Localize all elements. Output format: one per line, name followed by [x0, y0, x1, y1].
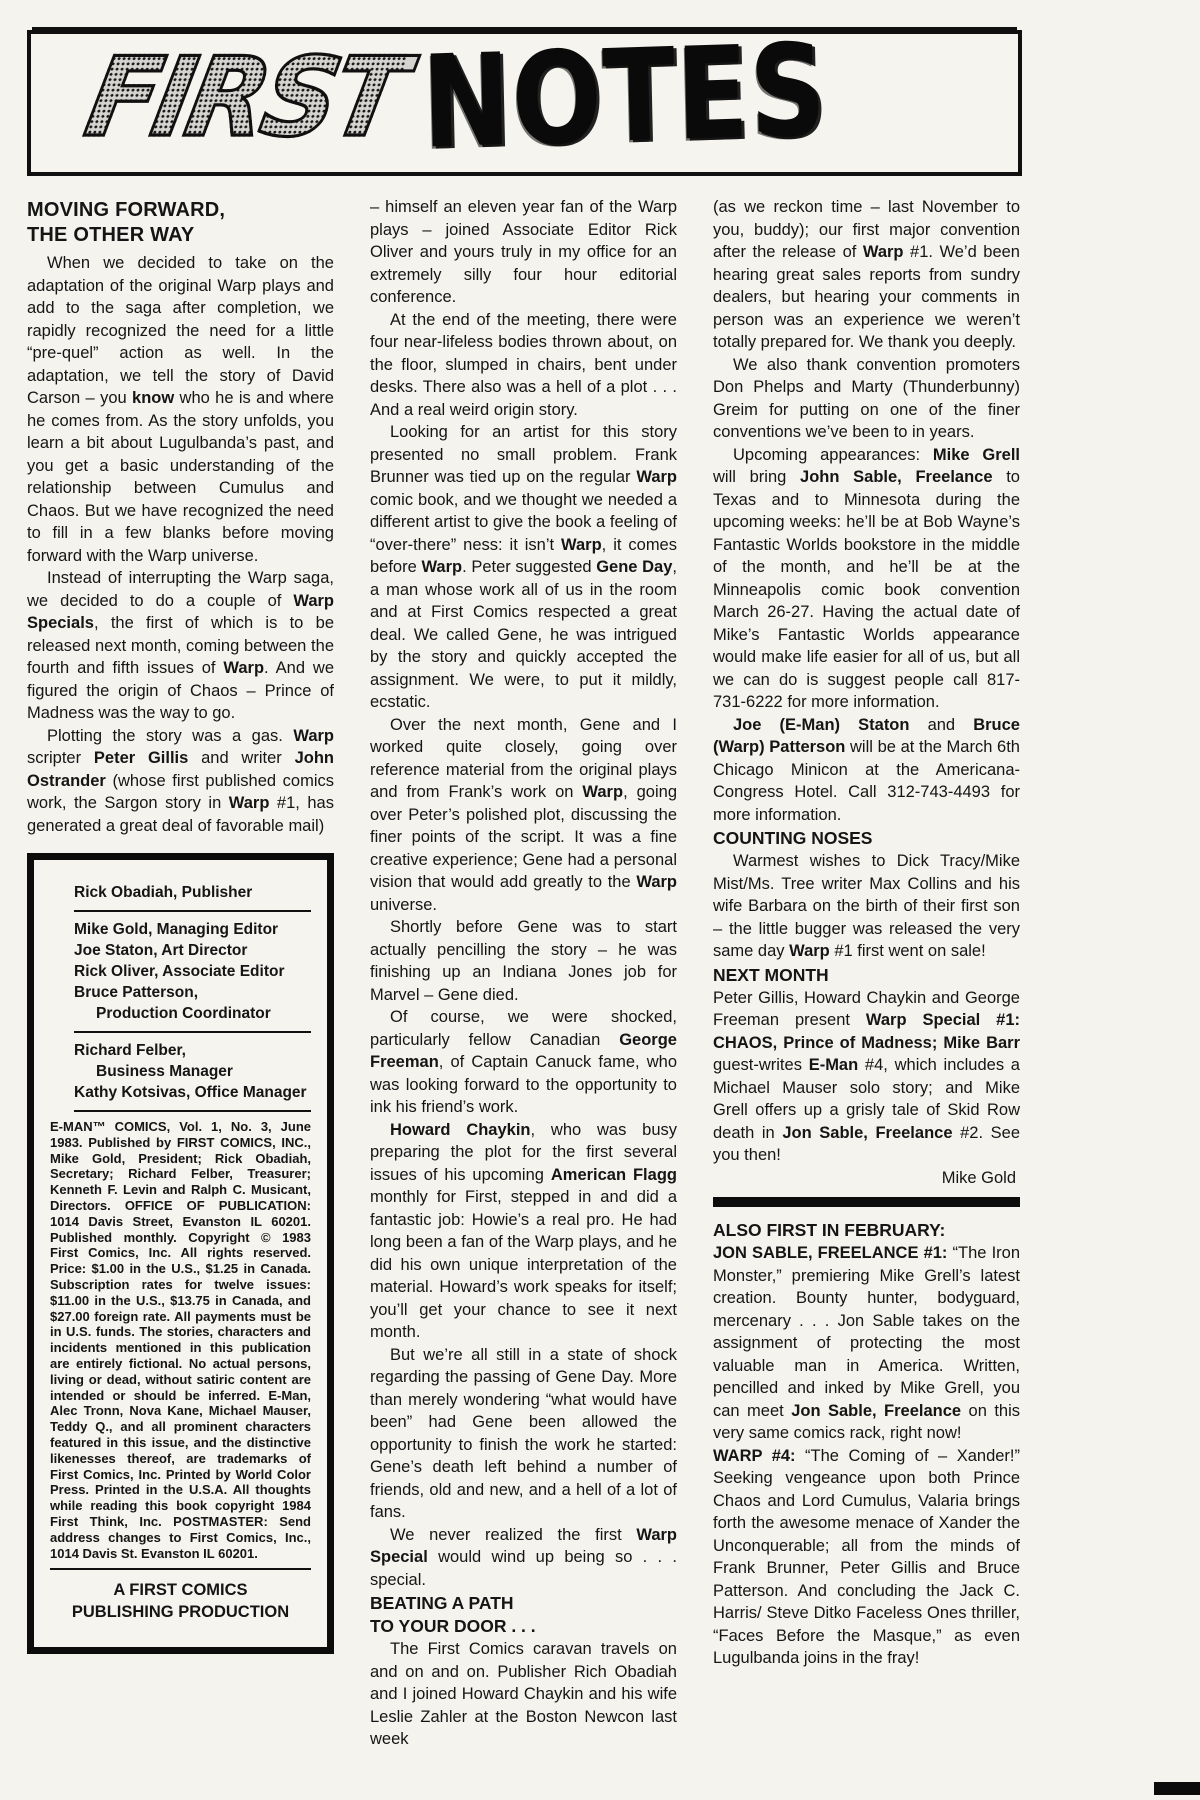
heading-line: MOVING FORWARD,	[27, 199, 225, 221]
comic-editorial-page: FIRSTNOTES MOVING FORWARD,THE OTHER WAY …	[0, 0, 1200, 1800]
heading-line: TO YOUR DOOR . . .	[370, 1616, 536, 1636]
staff-line: Bruce Patterson,	[74, 982, 311, 1003]
logo-notes-wordmark: NOTES	[420, 17, 828, 176]
heading-beating-a-path: BEATING A PATHTO YOUR DOOR . . .	[370, 1592, 677, 1638]
body-paragraph: We never realized the first Warp Special…	[370, 1524, 677, 1592]
body-paragraph: The First Comics caravan travels on and …	[370, 1638, 677, 1751]
divider-rule	[74, 1110, 311, 1112]
editor-signature: Mike Gold	[713, 1167, 1020, 1190]
body-paragraph: Looking for an artist for this story pre…	[370, 421, 677, 714]
body-paragraph: WARP #4: “The Coming of – Xander!” Seeki…	[713, 1445, 1020, 1670]
body-paragraph: (as we reckon time – last November to yo…	[713, 196, 1020, 354]
staff-line: Richard Felber,	[74, 1040, 311, 1061]
staff-credits: Rick Obadiah, Publisher Mike Gold, Manag…	[50, 882, 311, 1112]
staff-line: Joe Staton, Art Director	[74, 940, 311, 961]
body-paragraph: Warmest wishes to Dick Tracy/Mike Mist/M…	[713, 850, 1020, 963]
heading-line: BEATING A PATH	[370, 1593, 514, 1613]
body-paragraph: JON SABLE, FREELANCE #1: “The Iron Monst…	[713, 1242, 1020, 1445]
divider-rule	[74, 910, 311, 912]
indicia-masthead-box: Rick Obadiah, Publisher Mike Gold, Manag…	[27, 853, 334, 1654]
text-columns: MOVING FORWARD,THE OTHER WAY When we dec…	[27, 196, 1022, 1751]
divider-rule	[74, 1031, 311, 1033]
body-paragraph: But we’re all still in a state of shock …	[370, 1344, 677, 1524]
body-paragraph: At the end of the meeting, there were fo…	[370, 309, 677, 422]
body-paragraph: Howard Chaykin, who was busy preparing t…	[370, 1119, 677, 1344]
body-paragraph: – himself an eleven year fan of the Warp…	[370, 196, 677, 309]
column-3: (as we reckon time – last November to yo…	[713, 196, 1020, 1751]
tagline-line: A FIRST COMICS	[113, 1581, 247, 1599]
logo-first-wordmark: FIRST	[77, 35, 412, 161]
body-paragraph: We also thank convention promoters Don P…	[713, 354, 1020, 444]
staff-line: Business Manager	[74, 1061, 311, 1082]
body-paragraph: Instead of interrupting the Warp saga, w…	[27, 567, 334, 725]
body-paragraph: Peter Gillis, Howard Chaykin and George …	[713, 987, 1020, 1167]
heading-next-month: NEXT MONTH	[713, 964, 1020, 987]
legal-indicia: E-MAN™ COMICS, Vol. 1, No. 3, June 1983.…	[50, 1119, 311, 1561]
body-paragraph: Over the next month, Gene and I worked q…	[370, 714, 677, 917]
body-paragraph: Of course, we were shocked, particularly…	[370, 1006, 677, 1119]
heading-counting-noses: COUNTING NOSES	[713, 827, 1020, 850]
page-content: FIRSTNOTES MOVING FORWARD,THE OTHER WAY …	[27, 0, 1022, 1751]
staff-line: Rick Oliver, Associate Editor	[74, 961, 311, 982]
column-2: – himself an eleven year fan of the Warp…	[370, 196, 677, 1751]
staff-line: Production Coordinator	[74, 1003, 311, 1024]
first-notes-logo: FIRSTNOTES	[89, 36, 827, 158]
body-paragraph: Upcoming appearances: Mike Grell will br…	[713, 444, 1020, 714]
tagline-line: PUBLISHING PRODUCTION	[72, 1603, 289, 1621]
heading-moving-forward: MOVING FORWARD,THE OTHER WAY	[27, 198, 334, 248]
body-paragraph: Plotting the story was a gas. Warp scrip…	[27, 725, 334, 838]
divider-rule	[50, 1568, 311, 1570]
staff-line: Kathy Kotsivas, Office Manager	[74, 1082, 311, 1103]
first-notes-header-box: FIRSTNOTES	[27, 30, 1022, 176]
body-paragraph: Shortly before Gene was to start actuall…	[370, 916, 677, 1006]
body-paragraph: Joe (E-Man) Staton and Bruce (Warp) Patt…	[713, 714, 1020, 827]
heading-line: THE OTHER WAY	[27, 224, 194, 246]
staff-line: Rick Obadiah, Publisher	[74, 882, 311, 903]
page-corner-print-mark	[1154, 1782, 1200, 1795]
body-paragraph: When we decided to take on the adaptatio…	[27, 252, 334, 567]
heading-also-first-in-february: ALSO FIRST IN FEBRUARY:	[713, 1219, 1020, 1242]
column-1: MOVING FORWARD,THE OTHER WAY When we dec…	[27, 196, 334, 1751]
section-divider-bar	[713, 1197, 1020, 1207]
staff-line: Mike Gold, Managing Editor	[74, 919, 311, 940]
publisher-tagline: A FIRST COMICSPUBLISHING PRODUCTION	[50, 1579, 311, 1623]
